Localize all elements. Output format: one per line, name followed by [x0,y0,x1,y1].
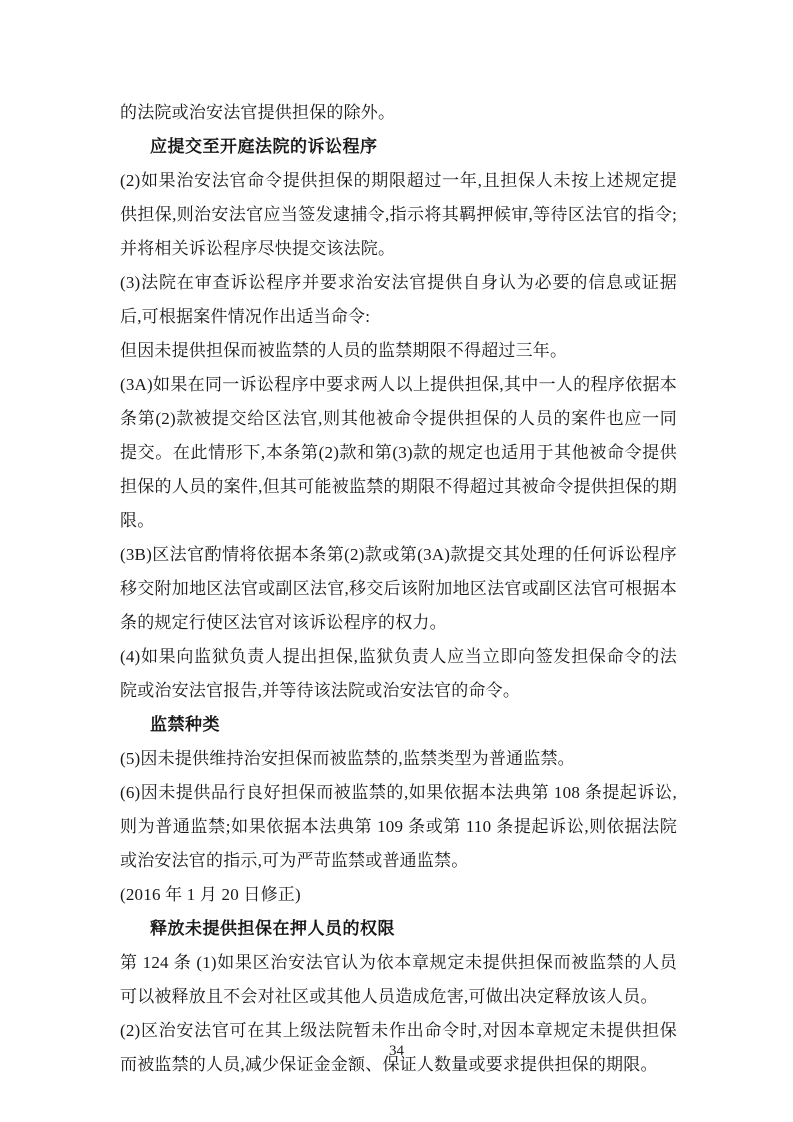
page-footer: 34 [0,1042,793,1060]
section-heading-release-power: 释放未提供担保在押人员的权限 [120,912,677,946]
paragraph-clause-2: (2)如果治安法官命令提供担保的期限超过一年,且担保人未按上述规定提供担保,则治… [120,164,677,266]
page-number: 34 [389,1043,404,1059]
paragraph-article-124-1: 第 124 条 (1)如果区治安法官认为依本章规定未提供担保而被监禁的人员可以被… [120,946,677,1014]
paragraph-clause-6: (6)因未提供品行良好担保而被监禁的,如果依据本法典第 108 条提起诉讼,则为… [120,776,677,878]
paragraph-clause-3: (3)法院在审查诉讼程序并要求治安法官提供自身认为必要的信息或证据后,可根据案件… [120,266,677,334]
paragraph-clause-4: (4)如果向监狱负责人提出担保,监狱负责人应当立即向签发担保命令的法院或治安法官… [120,640,677,708]
paragraph-clause-5: (5)因未提供维持治安担保而被监禁的,监禁类型为普通监禁。 [120,742,677,776]
paragraph-amendment-date: (2016 年 1 月 20 日修正) [120,878,677,912]
paragraph-clause-3b: (3B)区法官酌情将依据本条第(2)款或第(3A)款提交其处理的任何诉讼程序移交… [120,538,677,640]
document-page: 的法院或治安法官提供担保的除外。 应提交至开庭法院的诉讼程序 (2)如果治安法官… [0,0,793,1122]
section-heading-court-submission: 应提交至开庭法院的诉讼程序 [120,130,677,164]
paragraph-proviso: 但因未提供担保而被监禁的人员的监禁期限不得超过三年。 [120,334,677,368]
paragraph-clause-3a: (3A)如果在同一诉讼程序中要求两人以上提供担保,其中一人的程序依据本条第(2)… [120,368,677,538]
section-heading-imprisonment-types: 监禁种类 [120,708,677,742]
paragraph-continuation: 的法院或治安法官提供担保的除外。 [120,96,677,130]
document-content: 的法院或治安法官提供担保的除外。 应提交至开庭法院的诉讼程序 (2)如果治安法官… [120,96,677,1082]
